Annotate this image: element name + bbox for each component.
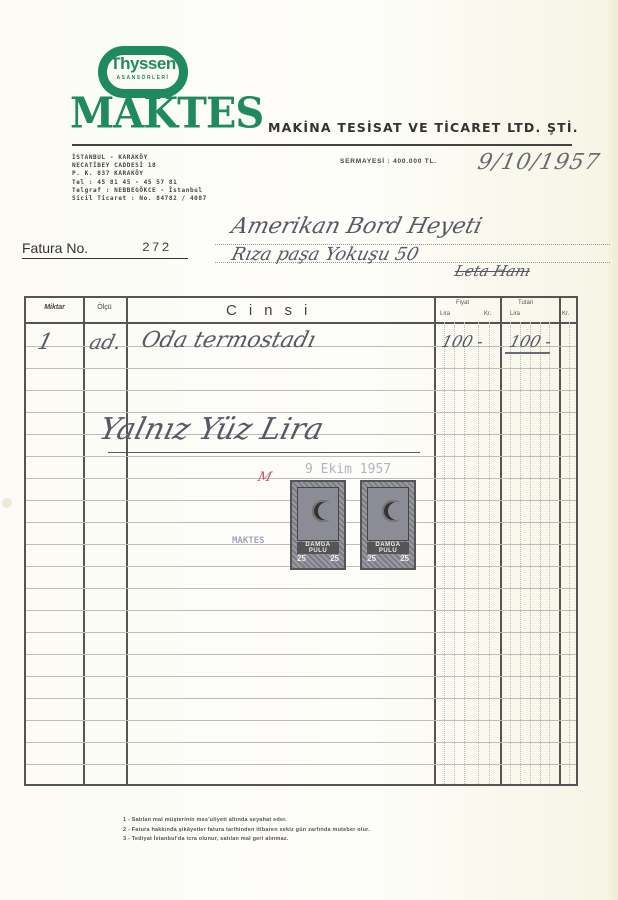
table-header-rule <box>26 322 576 324</box>
row-line <box>26 610 576 611</box>
logo-thyssen-text: Thyssen <box>106 54 180 74</box>
money-subcolumn <box>540 322 541 784</box>
money-subcolumn <box>530 322 531 784</box>
invoice-number: 272 <box>142 240 171 255</box>
money-subcolumn <box>549 322 550 784</box>
column-divider <box>83 298 85 784</box>
row-line <box>26 456 576 457</box>
crescent-icon <box>382 500 404 522</box>
handwritten-date: 9/10/1957 <box>475 150 602 175</box>
revenue-stamp: DAMGA PULU 25 25 <box>290 480 346 570</box>
company-address: İSTANBUL - KARAKÖY NECATİBEY CADDESİ 18 … <box>72 154 207 203</box>
stamp-label: DAMGA PULU <box>297 542 339 554</box>
header-price: Fiyat <box>456 300 469 306</box>
money-subcolumn <box>510 322 511 784</box>
money-subcolumn <box>489 322 490 784</box>
row-total: 100 - <box>508 332 554 351</box>
header-description: Cinsi <box>226 302 319 319</box>
paper-edge-shadow <box>606 0 618 900</box>
invoice-footnotes: 1 - Satılan mal müşterinin mes'uliyeti a… <box>123 816 370 845</box>
row-line <box>26 478 576 479</box>
stamp-value: 25 25 <box>297 554 339 563</box>
header-total-lira: Lira <box>510 311 520 317</box>
stamp-value-left: 25 <box>297 554 306 563</box>
amount-underline <box>108 452 420 453</box>
header-unit: Ölçü <box>83 304 126 311</box>
money-subcolumn <box>444 322 445 784</box>
logo-maktes-brand: MAKTES <box>70 89 222 138</box>
punch-hole <box>2 498 12 508</box>
row-line <box>26 720 576 721</box>
row-line <box>26 632 576 633</box>
column-divider <box>559 298 561 784</box>
row-price: 100 - <box>440 332 486 351</box>
address-line: Tel : 45 81 45 - 45 57 81 <box>72 179 207 187</box>
stamp-label: DAMGA PULU <box>367 542 409 554</box>
row-line <box>26 676 576 677</box>
recipient-line-2: Rıza paşa Yokuşu 50 <box>229 244 421 265</box>
footnote: 1 - Satılan mal müşterinin mes'uliyeti a… <box>123 816 370 826</box>
recipient-line-3: Leta Hanı <box>453 262 533 280</box>
row-line <box>26 654 576 655</box>
address-line: Telgraf : NEBBEGÖKCE - İstanbul <box>72 187 207 195</box>
footnote: 2 - Fatura hakkında şikâyetler fatura ta… <box>123 826 370 836</box>
stamp-frame <box>367 487 409 541</box>
column-divider <box>434 298 436 784</box>
row-line <box>26 742 576 743</box>
company-capital: SERMAYESİ : 400.000 TL. <box>340 158 437 165</box>
row-description: Oda termostadı <box>139 328 318 353</box>
letterhead-rule <box>72 144 572 146</box>
invoice-number-label: Fatura No. <box>22 240 88 256</box>
stamp-value-right: 25 <box>400 554 409 563</box>
crescent-icon <box>312 500 334 522</box>
column-divider <box>126 298 128 784</box>
stamp-value: 25 25 <box>367 554 409 563</box>
header-total-kurus: Kr. <box>562 311 569 317</box>
stamp-frame <box>297 487 339 541</box>
revenue-stamp: DAMGA PULU 25 25 <box>360 480 416 570</box>
footnote: 3 - Tediyat İstanbul'da icra olunur, sat… <box>123 835 370 845</box>
row-line <box>26 698 576 699</box>
column-divider <box>500 298 502 784</box>
address-line: Sicil Ticaret : No. 84782 / 4087 <box>72 195 207 203</box>
row-line <box>26 390 576 391</box>
header-total: Tutarı <box>518 300 533 306</box>
row-unit: ad. <box>87 330 124 354</box>
total-underline <box>505 352 550 354</box>
logo-subtitle: ASANSÖRLERİ <box>106 75 180 81</box>
row-line <box>26 368 576 369</box>
money-subcolumn <box>454 322 455 784</box>
money-subcolumn <box>569 322 570 784</box>
address-line: P. K. 837 KARAKÖY <box>72 170 207 178</box>
row-line <box>26 588 576 589</box>
invoice-number-underline <box>22 258 188 259</box>
money-subcolumn <box>520 322 521 784</box>
address-line: İSTANBUL - KARAKÖY <box>72 154 207 162</box>
stamp-value-left: 25 <box>367 554 376 563</box>
cancellation-date: 9 Ekim 1957 <box>305 462 391 477</box>
amount-in-words: Yalnız Yüz Lira <box>96 412 328 447</box>
money-subcolumn <box>478 322 479 784</box>
header-price-kurus: Kr. <box>484 311 491 317</box>
header-quantity: Miktar <box>26 304 83 311</box>
company-name: MAKİNA TESİSAT VE TİCARET LTD. ŞTİ. <box>268 120 579 135</box>
header-price-lira: Lira <box>440 311 450 317</box>
row-line <box>26 764 576 765</box>
money-subcolumn <box>464 322 465 784</box>
stamp-value-right: 25 <box>330 554 339 563</box>
recipient-line-1: Amerikan Bord Heyeti <box>229 214 485 239</box>
address-line: NECATİBEY CADDESİ 18 <box>72 162 207 170</box>
cancellation-text: MAKTES <box>232 536 265 546</box>
